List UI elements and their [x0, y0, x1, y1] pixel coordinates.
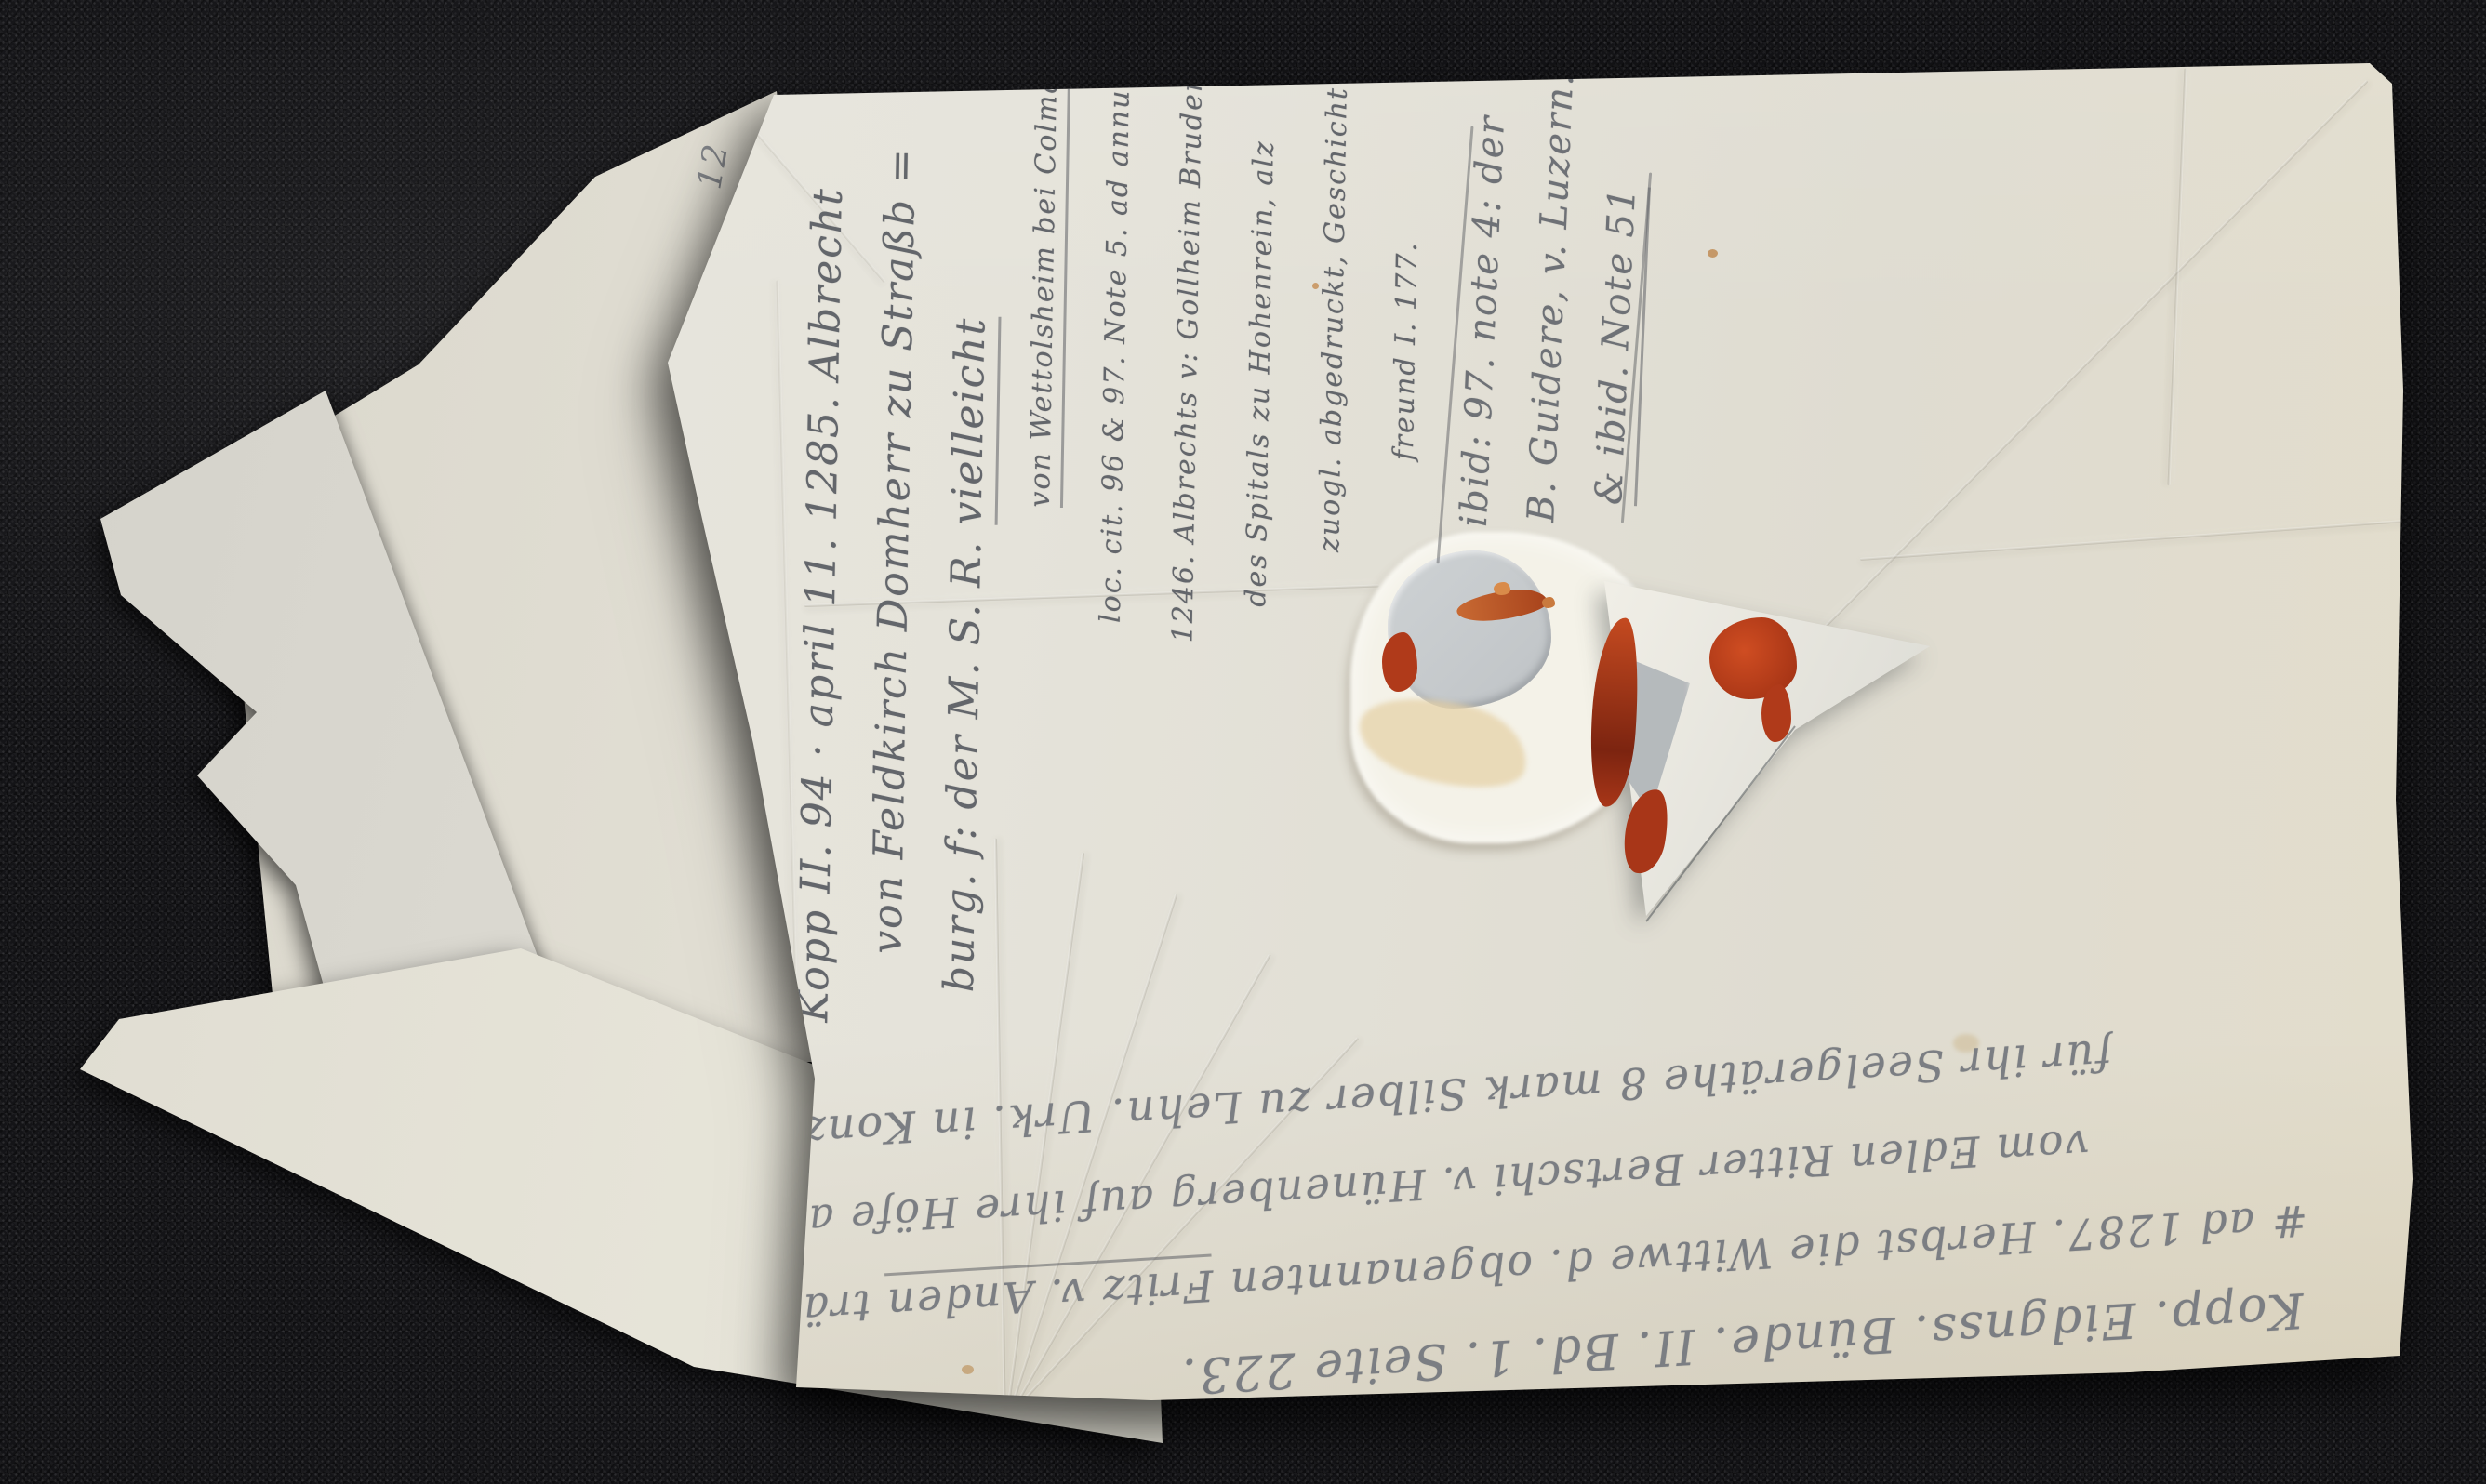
underlined-text: vielleicht — [944, 316, 1002, 525]
age-spot — [1708, 249, 1718, 258]
archival-document-photo: 12 — [0, 0, 2486, 1484]
note-text: burg. f: der M. S. R. — [936, 524, 991, 992]
wax-fragment-right-drip — [1761, 684, 1791, 742]
main-sheet-wrap: Kopp II. 94 · april 11. 1285. Albrecht v… — [0, 0, 2486, 1484]
note-block-main: Kopp II. 94 · april 11. 1285. Albrecht v… — [778, 83, 1455, 1033]
note-block-bottom: Kopp. Eidgnss. Bünde. II. Bd. 1. Seite 2… — [716, 1000, 2316, 1446]
wax-dot — [1542, 597, 1555, 608]
underlined-text: & ibid. Note 51 — [1588, 185, 1651, 506]
crease-flap-diagonal — [1817, 80, 2369, 635]
underlined-text: Fritz v. Anden — [884, 1253, 1216, 1330]
main-folded-cover: Kopp II. 94 · april 11. 1285. Albrecht v… — [0, 0, 2486, 1484]
crease-horizontal-right — [1860, 520, 2410, 561]
wax-dot — [1494, 582, 1510, 595]
note-block-side: ibid: 97. note 4: der B. Guidere, v. Luz… — [1441, 89, 1660, 535]
note-text: trägt — [752, 1279, 887, 1337]
underlined-text: von Wettolsheim bei Colmar — [1024, 60, 1070, 508]
